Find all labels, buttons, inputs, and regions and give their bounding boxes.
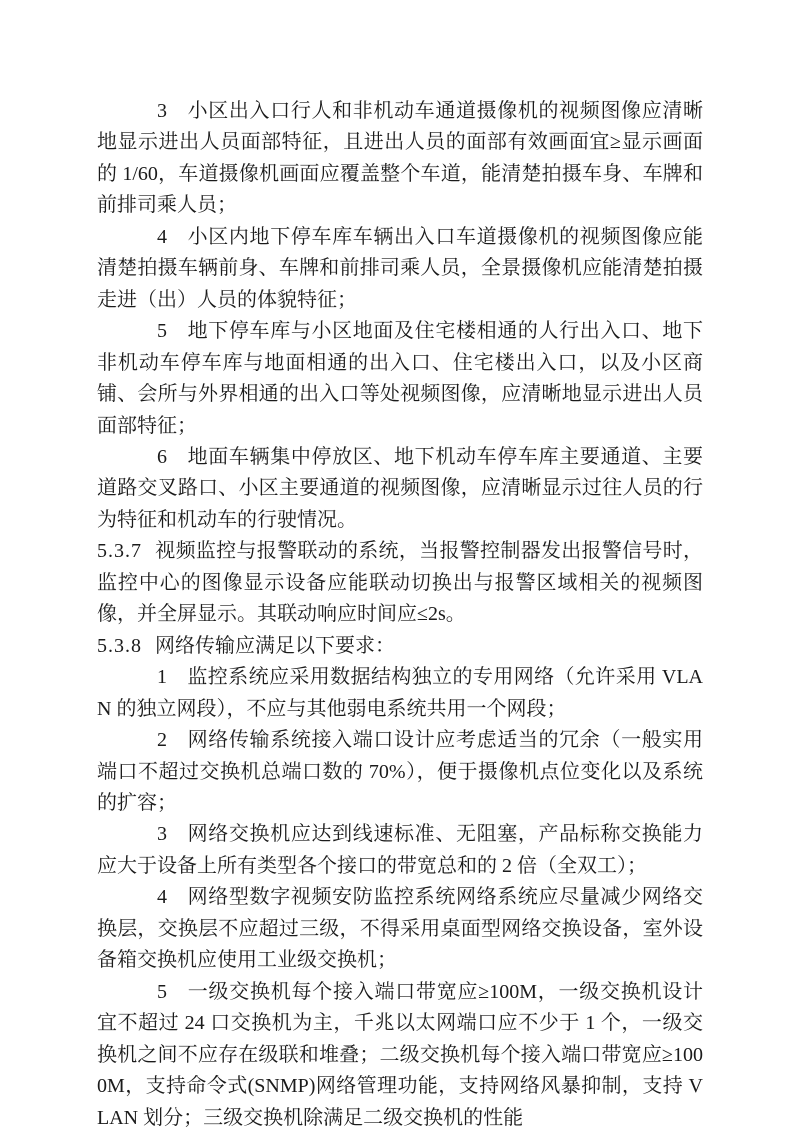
clause-text: 网络传输应满足以下要求： <box>155 635 395 657</box>
item-text: 网络传输系统接入端口设计应考虑适当的冗余（一般实用端口不超过交换机总端口数的 7… <box>97 729 703 814</box>
item-text: 监控系统应采用数据结构独立的专用网络（允许采用 VLAN 的独立网段），不应与其… <box>97 666 703 719</box>
list-item: 3网络交换机应达到线速标准、无阻塞，产品标称交换能力应大于设备上所有类型各个接口… <box>97 819 703 882</box>
clause-paragraph: 5.3.7视频监控与报警联动的系统，当报警控制器发出报警信号时，监控中心的图像显… <box>97 536 703 630</box>
item-text: 地面车辆集中停放区、地下机动车停车库主要通道、主要道路交叉路口、小区主要通道的视… <box>97 446 703 531</box>
list-item: 1监控系统应采用数据结构独立的专用网络（允许采用 VLAN 的独立网段），不应与… <box>97 662 703 725</box>
item-number: 3 <box>157 823 167 845</box>
item-text: 地下停车库与小区地面及住宅楼相通的人行出入口、地下非机动车停车库与地面相通的出入… <box>97 320 703 436</box>
clause-paragraph: 5.3.8网络传输应满足以下要求： <box>97 631 703 662</box>
item-text: 网络型数字视频安防监控系统网络系统应尽量减少网络交换层，交换层不应超过三级，不得… <box>97 886 703 971</box>
item-text: 小区出入口行人和非机动车通道摄像机的视频图像应清晰地显示进出人员面部特征，且进出… <box>97 100 703 216</box>
list-item: 5地下停车库与小区地面及住宅楼相通的人行出入口、地下非机动车停车库与地面相通的出… <box>97 316 703 442</box>
item-number: 4 <box>157 226 167 248</box>
item-number: 3 <box>157 100 167 122</box>
item-text: 一级交换机每个接入端口带宽应≥100M，一级交换机设计宜不超过 24 口交换机为… <box>97 981 703 1129</box>
clause-number: 5.3.7 <box>97 540 142 562</box>
list-item: 4小区内地下停车库车辆出入口车道摄像机的视频图像应能清楚拍摄车辆前身、车牌和前排… <box>97 222 703 316</box>
item-number: 1 <box>157 666 167 688</box>
list-item: 2网络传输系统接入端口设计应考虑适当的冗余（一般实用端口不超过交换机总端口数的 … <box>97 725 703 819</box>
list-item: 4网络型数字视频安防监控系统网络系统应尽量减少网络交换层，交换层不应超过三级，不… <box>97 882 703 976</box>
item-number: 4 <box>157 886 167 908</box>
item-text: 网络交换机应达到线速标准、无阻塞，产品标称交换能力应大于设备上所有类型各个接口的… <box>97 823 703 876</box>
list-item: 3小区出入口行人和非机动车通道摄像机的视频图像应清晰地显示进出人员面部特征，且进… <box>97 96 703 222</box>
item-number: 6 <box>157 446 167 468</box>
item-number: 2 <box>157 729 167 751</box>
list-item: 5一级交换机每个接入端口带宽应≥100M，一级交换机设计宜不超过 24 口交换机… <box>97 977 703 1131</box>
item-number: 5 <box>157 981 167 1003</box>
item-number: 5 <box>157 320 167 342</box>
clause-text: 视频监控与报警联动的系统，当报警控制器发出报警信号时，监控中心的图像显示设备应能… <box>97 540 703 625</box>
item-text: 小区内地下停车库车辆出入口车道摄像机的视频图像应能清楚拍摄车辆前身、车牌和前排司… <box>97 226 703 311</box>
list-item: 6地面车辆集中停放区、地下机动车停车库主要通道、主要道路交叉路口、小区主要通道的… <box>97 442 703 536</box>
clause-number: 5.3.8 <box>97 635 142 657</box>
document-page: 3小区出入口行人和非机动车通道摄像机的视频图像应清晰地显示进出人员面部特征，且进… <box>0 0 800 1131</box>
